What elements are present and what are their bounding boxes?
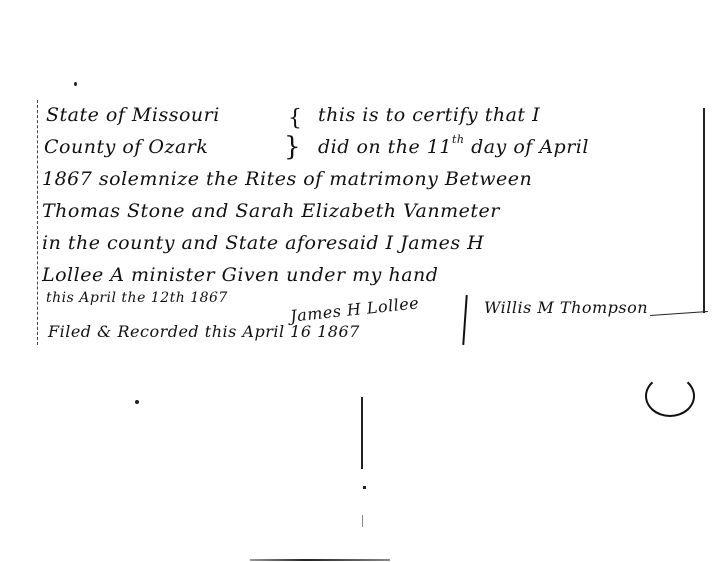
body-line-6: Lollee A minister Given under my hand: [42, 264, 438, 286]
header-state: State of Missouri: [46, 104, 220, 126]
left-margin-line: [37, 100, 38, 345]
brace-mark: }: [284, 132, 301, 162]
body-line-3: 1867 solemnize the Rites of matrimony Be…: [42, 168, 532, 190]
ink-speck: [135, 400, 139, 404]
punch-hole-mark: [645, 375, 695, 417]
body-line-2: did on the 11th day of April: [318, 136, 589, 158]
fold-dot: [363, 486, 366, 489]
fold-tick: [362, 515, 363, 527]
body-line-1: this is to certify that I: [318, 104, 540, 126]
ink-speck: [74, 82, 77, 86]
header-county: County of Ozark: [44, 136, 208, 158]
document-page: State of Missouri { this is to certify t…: [0, 0, 720, 562]
fold-line: [361, 397, 363, 469]
body-line-5: in the county and State aforesaid I Jame…: [42, 232, 484, 254]
body-line-4: Thomas Stone and Sarah Elizabeth Vanmete…: [42, 200, 500, 222]
signature-flourish: [650, 311, 708, 316]
brace-mark: {: [288, 106, 302, 131]
signature-divider: [462, 295, 467, 345]
minister-signature: James H Lollee: [289, 293, 420, 325]
page-bottom-edge: [250, 559, 390, 561]
clerk-signature: Willis M Thompson: [484, 298, 648, 317]
date-line: this April the 12th 1867: [46, 290, 228, 306]
right-margin-line: [703, 108, 705, 313]
filed-recorded-line: Filed & Recorded this April 16 1867: [48, 322, 360, 341]
